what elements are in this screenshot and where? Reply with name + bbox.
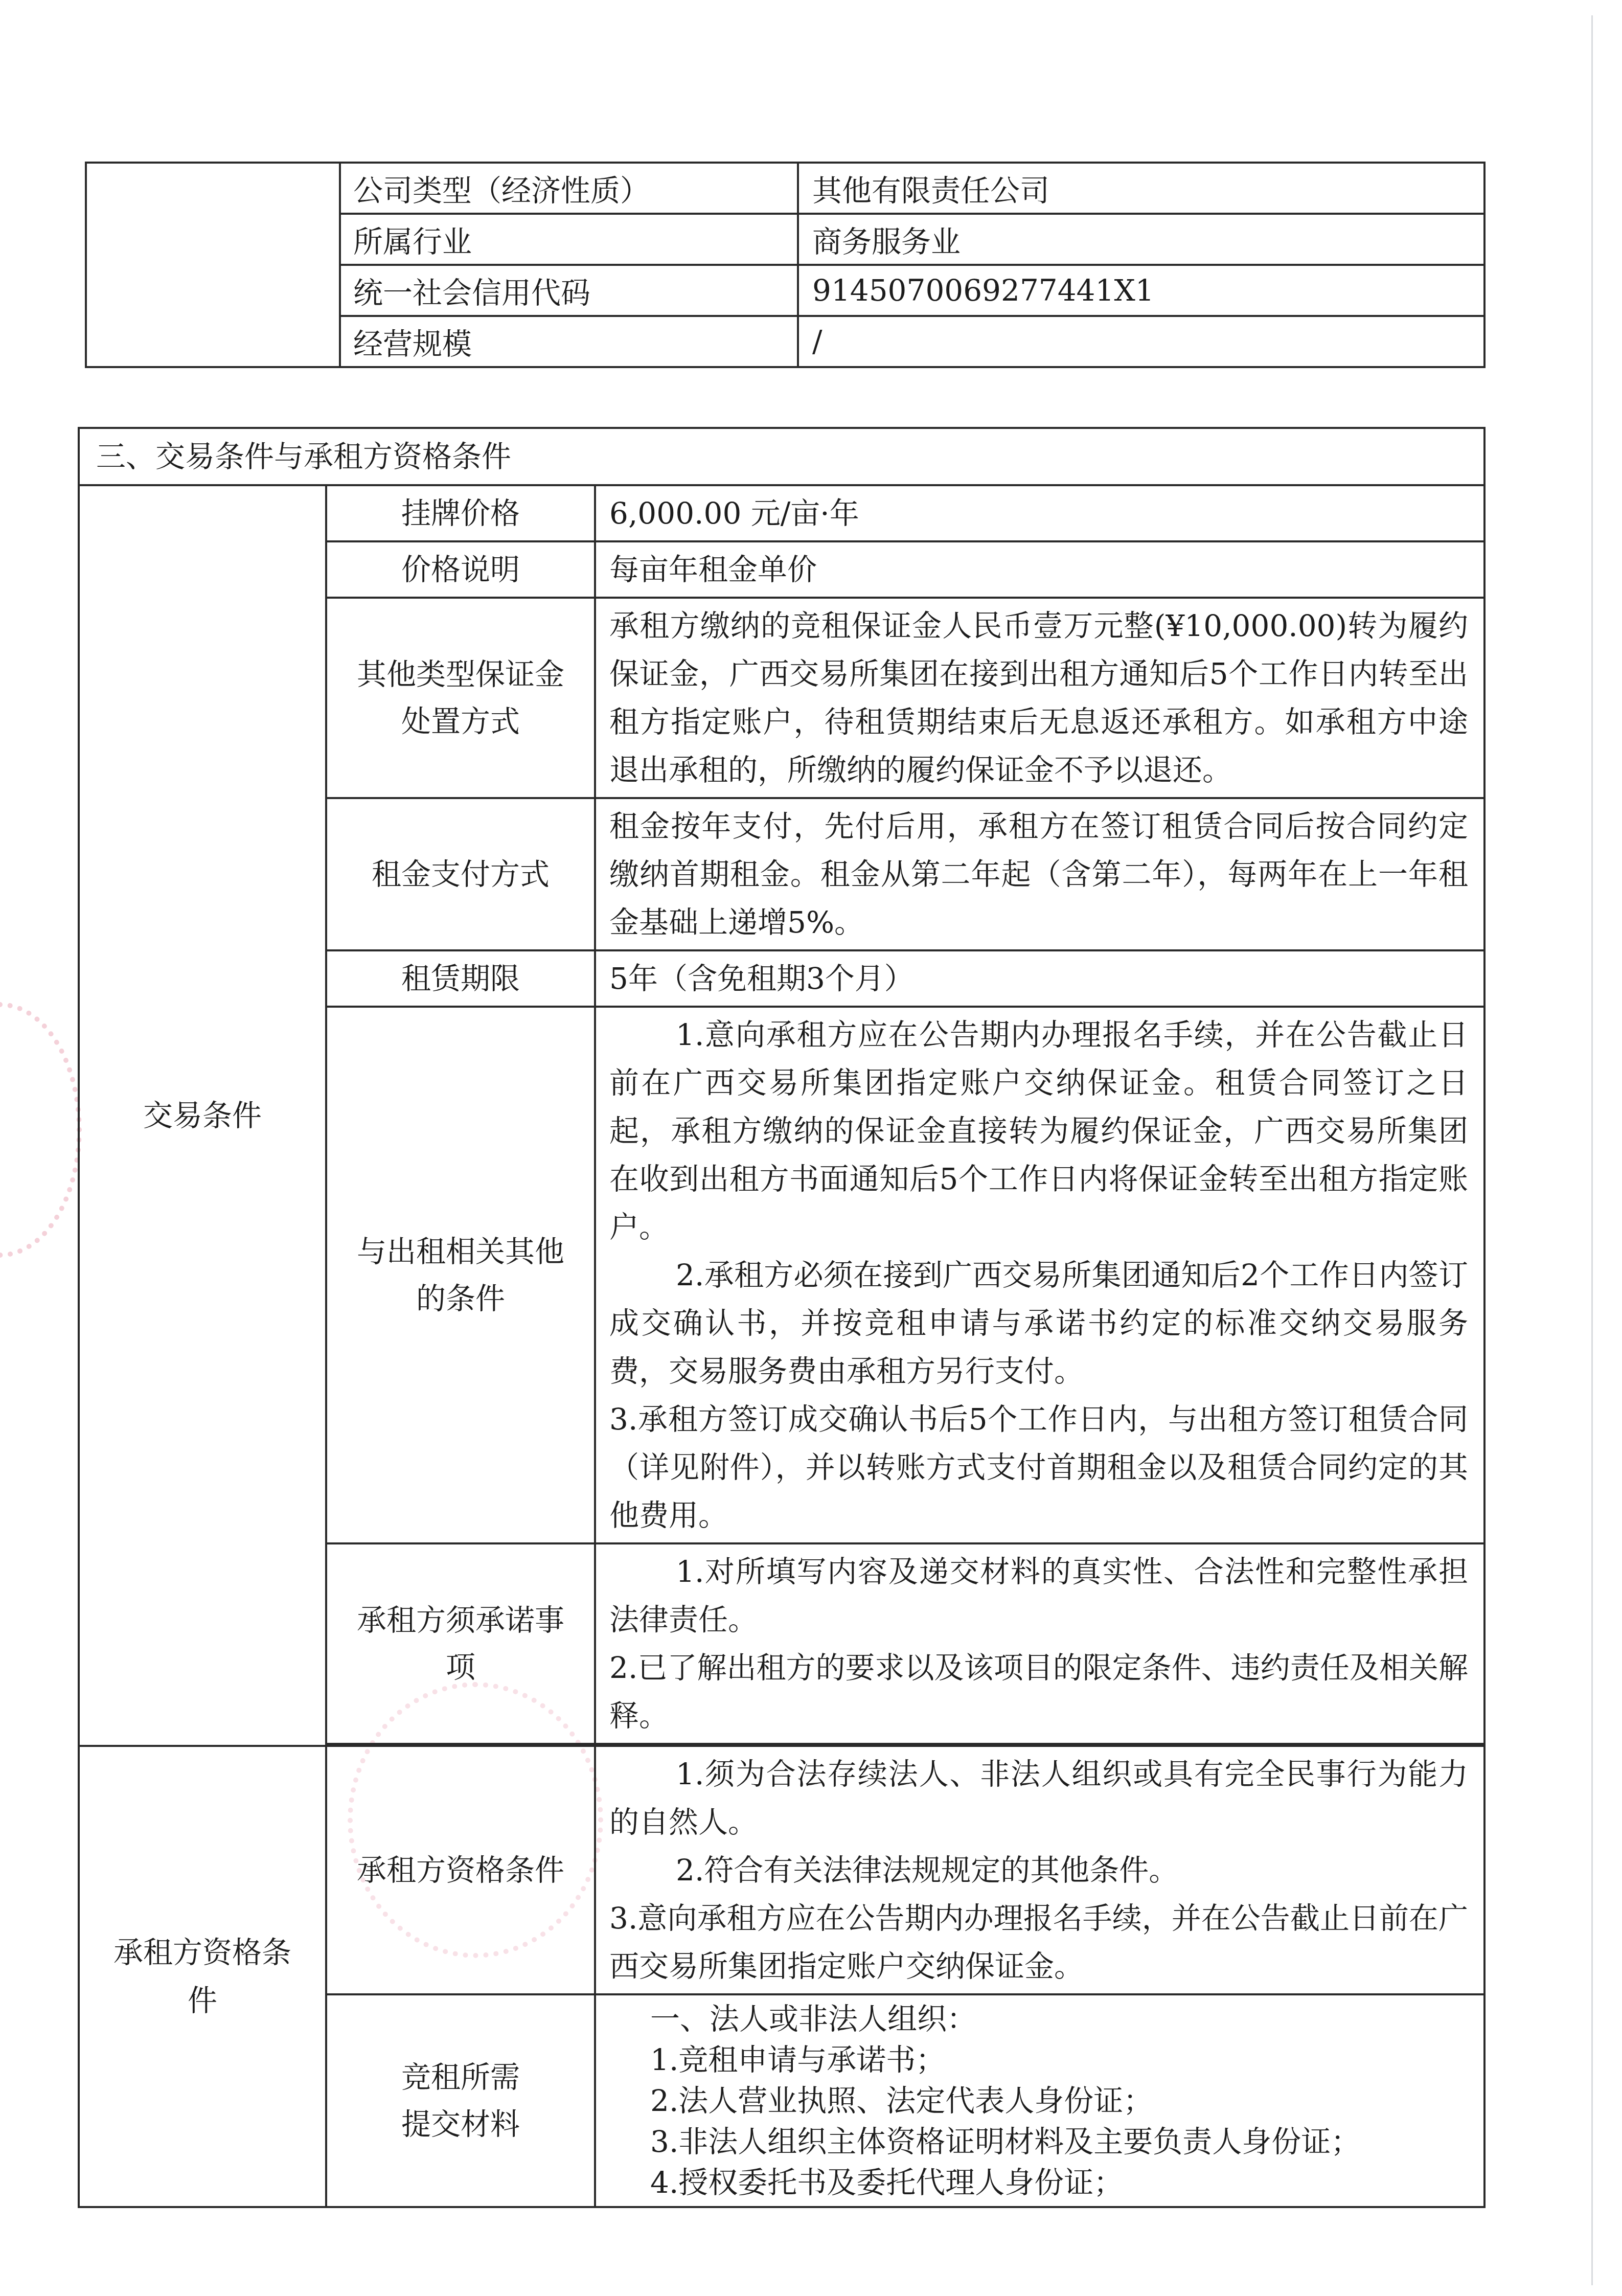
commitments-label-line1: 承租方须承诺事 xyxy=(335,1597,586,1644)
document-page: 公司类型（经济性质） 其他有限责任公司 所属行业 商务服务业 统一社会信用代码 … xyxy=(0,0,1622,2296)
other-conditions-label-line1: 与出租相关其他 xyxy=(335,1228,586,1275)
other-conditions-label: 与出租相关其他 的条件 xyxy=(326,1007,595,1543)
lessee-qualifications-group-label-line1: 承租方资格条 xyxy=(80,1928,325,1976)
other-condition-item: 1.意向承租方应在公告期内办理报名手续，并在公告截止日前在广西交易所集团指定账户… xyxy=(609,1011,1468,1251)
section-header-row: 三、交易条件与承租方资格条件 xyxy=(79,428,1484,485)
materials-heading: 一、法人或非法人组织： xyxy=(609,1998,1468,2039)
other-conditions-label-line2: 的条件 xyxy=(335,1275,586,1322)
credit-code-value: 91450700692774​41X1 xyxy=(798,265,1484,316)
red-seal-stamp-left xyxy=(0,1002,82,1258)
rent-payment-label: 租金支付方式 xyxy=(326,798,595,950)
listing-price-label: 挂牌价格 xyxy=(326,485,595,541)
other-conditions-value: 1.意向承租方应在公告期内办理报名手续，并在公告截止日前在广西交易所集团指定账户… xyxy=(595,1007,1484,1543)
qualification-conditions-value: 1.须为合法存续法人、非法人组织或具有完全民事行为能力的自然人。 2.符合有关法… xyxy=(595,1746,1484,1994)
deposit-handling-value: 承租方缴纳的竞租保证金人民币壹万元整(¥10,000.00)转为履约保证金，广西… xyxy=(595,598,1484,798)
price-note-value: 每亩年租金单价 xyxy=(595,541,1484,598)
deposit-handling-label-line2: 处置方式 xyxy=(335,698,586,745)
qualification-item: 3.意向承租方应在公告期内办理报名手续，并在公告截止日前在广西交易所集团指定账户… xyxy=(609,1894,1468,1990)
section-title: 三、交易条件与承租方资格条件 xyxy=(79,428,1484,485)
qualification-conditions-label: 承租方资格条件 xyxy=(326,1746,595,1994)
required-materials-value: 一、法人或非法人组织： 1.竞租申请与承诺书； 2.法人营业执照、法定代表人身份… xyxy=(595,1994,1484,2207)
other-condition-item: 3.承租方签订成交确认书后5个工作日内，与出租方签订租赁合同（详见附件），并以转… xyxy=(609,1395,1468,1539)
company-info-table: 公司类型（经济性质） 其他有限责任公司 所属行业 商务服务业 统一社会信用代码 … xyxy=(85,162,1486,368)
industry-value: 商务服务业 xyxy=(798,214,1484,265)
required-materials-label-line1: 竞租所需 xyxy=(335,2054,586,2101)
business-scale-value: / xyxy=(798,316,1484,367)
table-row: 交易条件 挂牌价格 6,000.00 元/亩·年 xyxy=(79,485,1484,541)
other-condition-item: 2.承租方必须在接到广西交易所集团通知后2个工作日内签订成交确认书，并按竞租申请… xyxy=(609,1251,1468,1395)
deposit-handling-label: 其他类型保证金 处置方式 xyxy=(326,598,595,798)
trade-conditions-group-label: 交易条件 xyxy=(79,485,326,1746)
table-row: 公司类型（经济性质） 其他有限责任公司 xyxy=(86,163,1484,214)
required-materials-label: 竞租所需 提交材料 xyxy=(326,1994,595,2207)
scan-edge-line xyxy=(1591,15,1593,2285)
lease-term-label: 租赁期限 xyxy=(326,950,595,1007)
commitments-label: 承租方须承诺事 项 xyxy=(326,1543,595,1744)
company-type-label: 公司类型（经济性质） xyxy=(340,163,798,214)
lease-term-value: 5年（含免租期3个月） xyxy=(595,950,1484,1007)
qualification-item: 2.符合有关法律法规规定的其他条件。 xyxy=(609,1846,1468,1894)
industry-label: 所属行业 xyxy=(340,214,798,265)
business-scale-label: 经营规模 xyxy=(340,316,798,367)
credit-code-label: 统一社会信用代码 xyxy=(340,265,798,316)
commitment-item: 2.已了解出租方的要求以及该项目的限定条件、违约责任及相关解释。 xyxy=(609,1644,1468,1740)
material-item: 4.授权委托书及委托代理人身份证； xyxy=(609,2162,1468,2203)
company-info-group-cell xyxy=(86,163,340,367)
commitments-value: 1.对所填写内容及递交材料的真实性、合法性和完整性承担法律责任。 2.已了解出租… xyxy=(595,1543,1484,1744)
lessee-qualifications-group-label-line2: 件 xyxy=(80,1976,325,2025)
table-row: 承租方资格条 件 承租方资格条件 1.须为合法存续法人、非法人组织或具有完全民事… xyxy=(79,1746,1484,1994)
material-item: 1.竞租申请与承诺书； xyxy=(609,2039,1468,2080)
deposit-handling-label-line1: 其他类型保证金 xyxy=(335,651,586,698)
listing-price-value: 6,000.00 元/亩·年 xyxy=(595,485,1484,541)
price-note-label: 价格说明 xyxy=(326,541,595,598)
lessee-qualifications-group-label: 承租方资格条 件 xyxy=(79,1746,326,2207)
rent-payment-value: 租金按年支付，先付后用，承租方在签订租赁合同后按合同约定缴纳首期租金。租金从第二… xyxy=(595,798,1484,950)
material-item: 2.法人营业执照、法定代表人身份证； xyxy=(609,2080,1468,2121)
commitment-item: 1.对所填写内容及递交材料的真实性、合法性和完整性承担法律责任。 xyxy=(609,1548,1468,1644)
trade-conditions-table: 三、交易条件与承租方资格条件 交易条件 挂牌价格 6,000.00 元/亩·年 … xyxy=(78,427,1486,2208)
qualification-item: 1.须为合法存续法人、非法人组织或具有完全民事行为能力的自然人。 xyxy=(609,1750,1468,1846)
material-item: 3.非法人组织主体资格证明材料及主要负责人身份证； xyxy=(609,2121,1468,2162)
required-materials-label-line2: 提交材料 xyxy=(335,2101,586,2148)
commitments-label-line2: 项 xyxy=(335,1644,586,1691)
company-type-value: 其他有限责任公司 xyxy=(798,163,1484,214)
